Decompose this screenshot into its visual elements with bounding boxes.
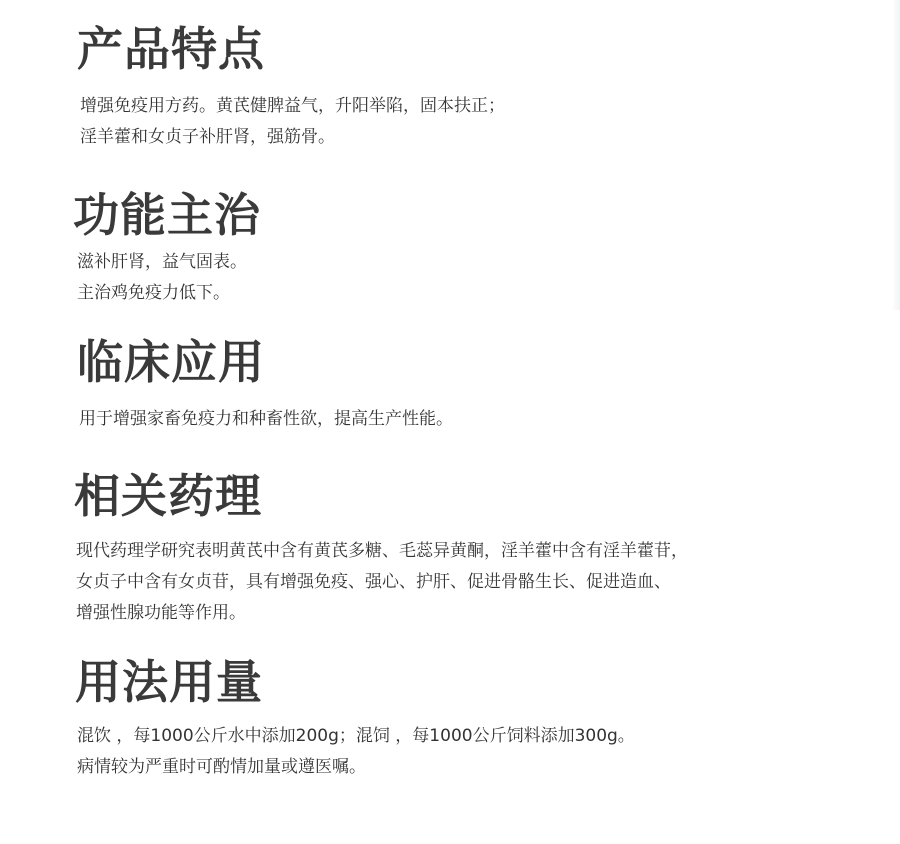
body-line: 女贞子中含有女贞苷，具有增强免疫、强心、护肝、促进骨骼生长、促进造血、 bbox=[76, 567, 688, 598]
section-title: 用法用量 bbox=[75, 659, 263, 705]
right-edge-shadow bbox=[892, 0, 900, 310]
body-line: 淫羊藿和女贞子补肝肾，强筋骨。 bbox=[80, 122, 505, 153]
section-body: 混饮 ，每1000公斤水中添加200g；混饲 ，每1000公斤饲料添加300g。… bbox=[77, 721, 635, 783]
section-body: 用于增强家畜免疫力和种畜性欲，提高生产性能。 bbox=[79, 404, 453, 435]
body-line: 病情较为严重时可酌情加量或遵医嘱。 bbox=[77, 752, 635, 783]
section-body: 现代药理学研究表明黄芪中含有黄芪多糖、毛蕊异黄酮，淫羊藿中含有淫羊藿苷， 女贞子… bbox=[76, 536, 688, 629]
body-line: 主治鸡免疫力低下。 bbox=[77, 278, 247, 309]
section-body: 增强免疫用方药。黄芪健脾益气，升阳举陷，固本扶正； 淫羊藿和女贞子补肝肾，强筋骨… bbox=[80, 91, 505, 153]
section-title: 相关药理 bbox=[74, 473, 262, 519]
body-line: 现代药理学研究表明黄芪中含有黄芪多糖、毛蕊异黄酮，淫羊藿中含有淫羊藿苷， bbox=[76, 536, 688, 567]
body-line: 用于增强家畜免疫力和种畜性欲，提高生产性能。 bbox=[79, 404, 453, 435]
body-line: 增强免疫用方药。黄芪健脾益气，升阳举陷，固本扶正； bbox=[80, 91, 505, 122]
section-title: 临床应用 bbox=[77, 339, 265, 385]
body-line: 滋补肝肾，益气固表。 bbox=[77, 247, 247, 278]
body-line: 增强性腺功能等作用。 bbox=[76, 598, 688, 629]
section-title: 功能主治 bbox=[73, 192, 261, 238]
body-line: 混饮 ，每1000公斤水中添加200g；混饲 ，每1000公斤饲料添加300g。 bbox=[77, 721, 635, 752]
section-body: 滋补肝肾，益气固表。 主治鸡免疫力低下。 bbox=[77, 247, 247, 309]
section-title: 产品特点 bbox=[77, 26, 265, 72]
